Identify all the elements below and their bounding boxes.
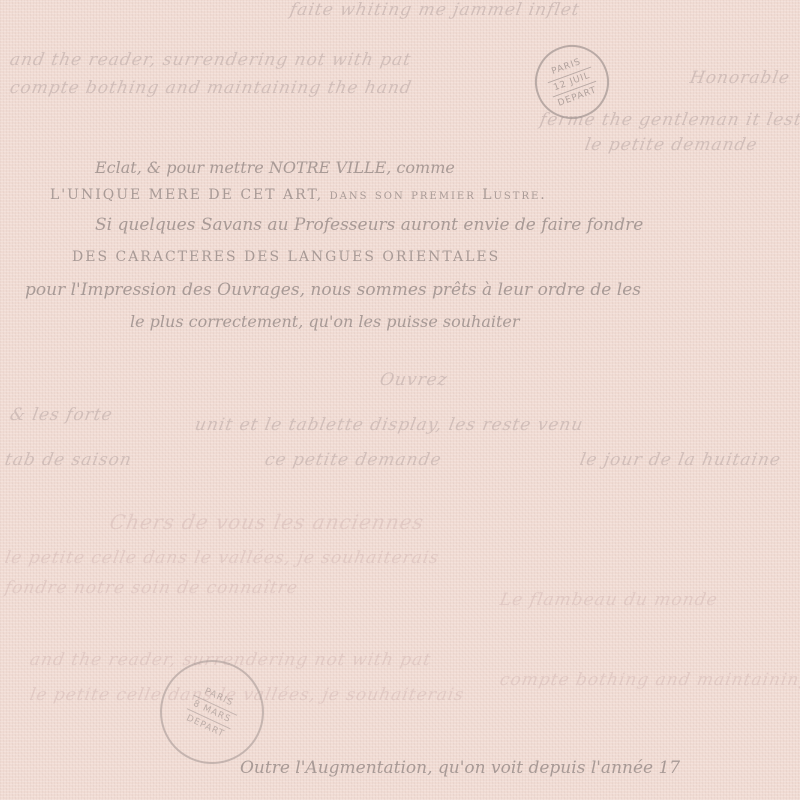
script-line: Chers de vous les anciennes: [108, 510, 426, 534]
script-line: le petite celle dans le vallées, je souh…: [3, 548, 441, 568]
script-line: Ouvrez: [378, 370, 449, 390]
script-line: fondre notre soin de connaître: [3, 578, 299, 598]
script-line: compte bothing and maintaining the hand: [498, 670, 800, 690]
script-line: & les forte: [8, 405, 114, 425]
script-line: Le flambeau du monde: [498, 590, 719, 610]
print-line: Outre l'Augmentation, qu'on voit depuis …: [240, 758, 680, 778]
print-line: L'UNIQUE MERE DE CET ART, dans son premi…: [50, 187, 547, 203]
print-line: Si quelques Savans au Professeurs auront…: [95, 215, 643, 235]
print-line: le plus correctement, qu'on les puisse s…: [130, 312, 520, 331]
script-line: and the reader, surrendering not with pa…: [8, 50, 413, 70]
script-line: unit et le tablette display, les reste v…: [193, 415, 585, 435]
script-line: tab de saison: [3, 450, 133, 470]
print-line: pour l'Impression des Ouvrages, nous som…: [25, 280, 641, 300]
script-line: ce petite demande: [263, 450, 443, 470]
script-line: le petite demande: [583, 135, 759, 155]
print-line: DES CARACTERES DES LANGUES ORIENTALES: [72, 249, 500, 265]
script-line: faite whiting me jammel inflet: [288, 0, 581, 20]
script-line: le jour de la huitaine: [578, 450, 782, 470]
script-line: compte bothing and maintaining the hand: [8, 78, 413, 98]
script-line: Honorable: [688, 68, 791, 88]
print-line: Eclat, & pour mettre NOTRE VILLE, comme: [95, 158, 455, 177]
